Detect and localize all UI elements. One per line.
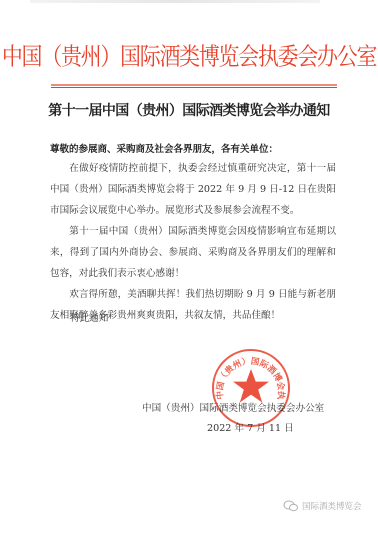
salutation: 尊敬的参展商、采购商及社会各界朋友，各有关单位：: [50, 141, 278, 155]
signature-date: 2022 年 7 月 11 日: [207, 420, 294, 434]
top-edge: [30, 0, 320, 3]
watermark-label: 国际酒类博览会: [302, 500, 362, 512]
paragraph: 在做好疫情防控前提下，执委会经过慎重研究决定，第十一届中国（贵州）国际酒类博览会…: [50, 158, 336, 221]
closing-line: 特此通知: [70, 310, 108, 324]
watermark: 国际酒类博览会: [283, 500, 362, 512]
paragraph: 第十一届中国（贵州）国际酒类博览会因疫情影响宣布延期以来，得到了国内外商协会、参…: [50, 221, 336, 284]
signature-organization: 中国（贵州）国际酒类博览会执委会办公室: [142, 400, 324, 414]
red-divider: [51, 84, 337, 88]
document-body: 在做好疫情防控前提下，执委会经过慎重研究决定，第十一届中国（贵州）国际酒类博览会…: [50, 158, 336, 326]
document-header: 中国（贵州）国际酒类博览会执委会办公室: [0, 38, 378, 73]
official-seal: 中国（贵州）国际酒博会执委会办公室: [212, 349, 290, 427]
wechat-icon: [283, 500, 299, 512]
notice-title: 第十一届中国（贵州）国际酒类博览会举办通知: [0, 100, 378, 120]
